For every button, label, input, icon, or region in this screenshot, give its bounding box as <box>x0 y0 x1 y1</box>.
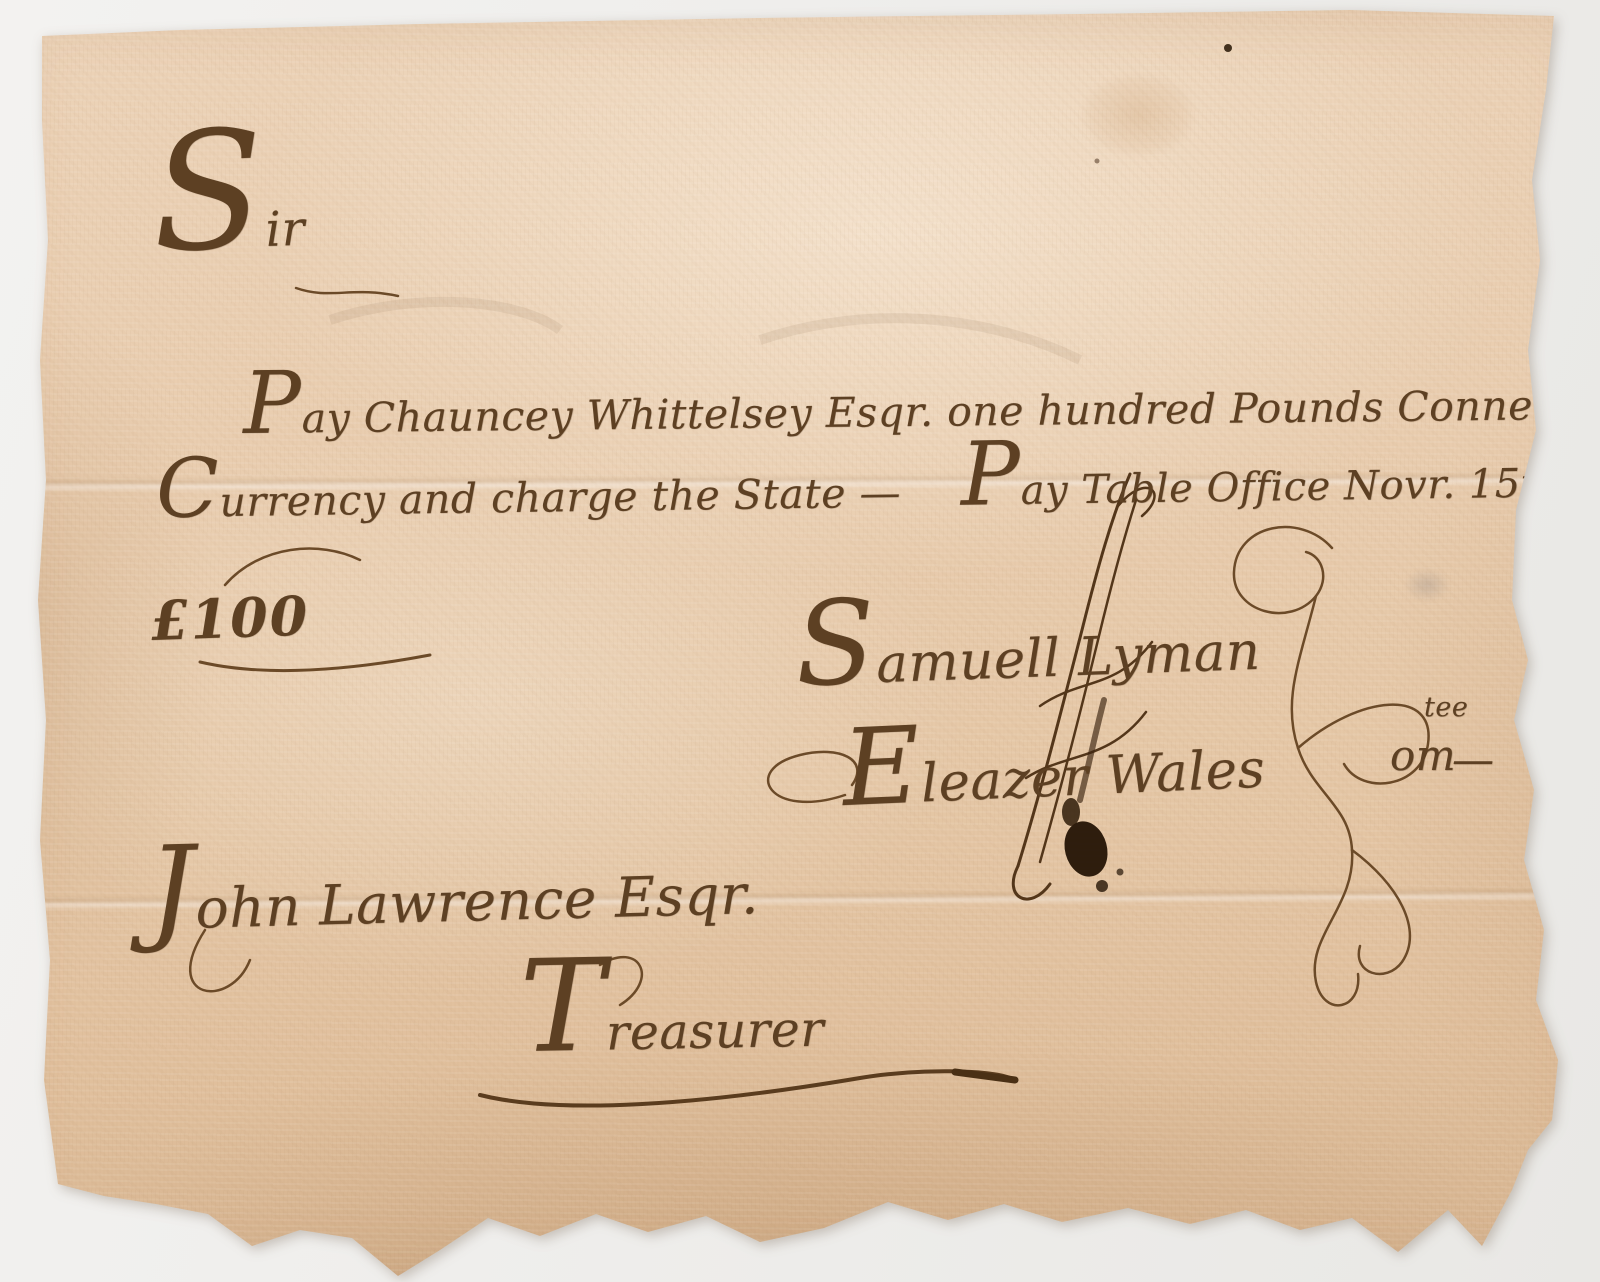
body-line-2: Currency and charge the State — <box>156 472 901 525</box>
brace-flourish <box>1292 596 1359 1005</box>
signature-eleazer-wales: Eleazer Wales <box>842 742 1266 816</box>
addressee-title: Treasurer <box>520 1003 825 1061</box>
ghost-stroke <box>760 318 1080 360</box>
amount-figure: £100 <box>150 587 310 649</box>
committee-abbreviation-superscript: tee <box>1424 694 1468 722</box>
paper-fleck <box>1095 159 1100 164</box>
amount-upper-swash <box>225 549 360 585</box>
salutation-swash <box>296 288 398 296</box>
office-dateline: Pay Table Office Novr. 15th 1780 <box>961 461 1600 514</box>
paper-sheet: Sir Pay Chauncey Whittelsey Esqr. one hu… <box>0 0 1600 1282</box>
ink-blot-drop <box>1117 869 1124 876</box>
stain <box>1082 74 1194 156</box>
signature-samuell-lyman: Samuell Lyman <box>795 624 1261 696</box>
salutation: Sir <box>152 190 306 260</box>
paper-wrapper: Sir Pay Chauncey Whittelsey Esqr. one hu… <box>0 0 1600 1282</box>
endorsement-stroke <box>1013 866 1050 899</box>
committee-abbreviation-dash: — <box>1452 738 1495 782</box>
paper-fleck <box>1224 44 1232 52</box>
brace-flourish <box>1352 850 1410 974</box>
ghost-stroke <box>330 302 560 330</box>
scan-background: Sir Pay Chauncey Whittelsey Esqr. one hu… <box>0 0 1600 1282</box>
body-line-2-row: Currency and charge the State — Pay Tabl… <box>156 461 1600 525</box>
descender-flourish <box>600 957 642 1005</box>
addressee-name: John Lawrence Esqr. <box>148 866 759 940</box>
body-line-1: Pay Chauncey Whittelsey Esqr. one hundre… <box>243 383 1600 441</box>
pencil-smudge <box>1404 568 1450 602</box>
ink-blot-drop <box>1096 880 1108 892</box>
treasurer-dash <box>955 1072 1015 1080</box>
committee-abbreviation-base: om <box>1390 734 1456 778</box>
brace-flourish <box>1234 527 1332 613</box>
ink-blot-main <box>1058 817 1113 882</box>
amount-underline <box>200 655 430 670</box>
